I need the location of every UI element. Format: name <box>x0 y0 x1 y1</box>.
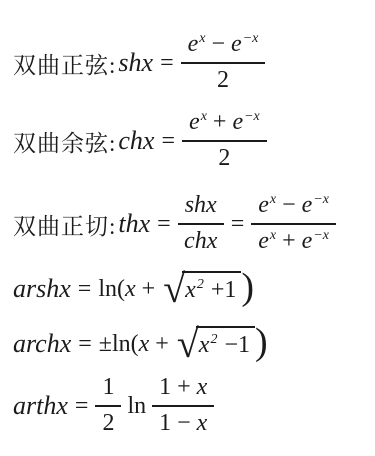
e-symbol: e <box>231 31 242 57</box>
formula-tanh: 双曲正切:thx = shx chx = ex−e−x ex+e−x <box>13 191 371 257</box>
numerator: 1 <box>95 374 121 405</box>
exponent: −x <box>313 192 329 207</box>
denominator: chx <box>178 223 224 256</box>
equals-sign: = <box>160 50 174 77</box>
minus-operator: − <box>211 31 225 57</box>
exponent: −x <box>244 109 260 124</box>
exponent: 2 <box>197 277 204 292</box>
equals-sign: = <box>157 211 171 238</box>
x-symbol: x <box>197 410 208 436</box>
exponent: x <box>270 228 276 243</box>
fraction-sinh: ex−e−x 2 <box>181 31 266 94</box>
square-root: √ x2+1 <box>163 271 241 307</box>
arcosh-symbol: archx <box>13 329 71 359</box>
x-symbol: x <box>125 276 136 303</box>
equals-sign: = <box>78 331 92 358</box>
numerator: shx <box>178 192 224 223</box>
e-symbol: e <box>302 228 313 254</box>
formula-arsinh: arshx = ln( x + √ x2+1 ) <box>13 264 371 314</box>
e-symbol: e <box>302 192 313 218</box>
exponent: 2 <box>210 332 217 347</box>
denominator: 2 <box>182 140 267 173</box>
exponent: −x <box>313 228 329 243</box>
e-symbol: e <box>232 109 243 135</box>
plus-one: +1 <box>211 277 237 303</box>
x-symbol: x <box>199 332 210 358</box>
ln-open-paren: ln( <box>112 331 139 358</box>
minus-operator: − <box>282 192 296 218</box>
fraction-exponential: ex−e−x ex+e−x <box>251 192 336 255</box>
plus-minus-sign: ± <box>99 331 112 358</box>
label-tanh: 双曲正切: <box>13 208 116 241</box>
square-root: √ x2−1 <box>177 326 255 362</box>
equals-sign: = <box>231 211 245 238</box>
arsinh-symbol: arshx <box>13 274 71 304</box>
formula-arcosh: archx = ± ln( x + √ x2−1 ) <box>13 319 371 369</box>
denominator: ex+e−x <box>251 223 336 256</box>
plus-operator: + <box>213 109 227 135</box>
fraction-one-half: 1 2 <box>95 374 121 437</box>
plus-operator: + <box>155 331 169 358</box>
numerator: ex−e−x <box>251 192 336 223</box>
tanh-symbol: thx <box>118 209 150 239</box>
denominator: 2 <box>181 62 266 95</box>
artanh-symbol: arthx <box>13 391 68 421</box>
minus-one: −1 <box>224 332 250 358</box>
x-symbol: x <box>139 331 150 358</box>
ln-symbol: ln <box>127 393 146 420</box>
formula-cosh: 双曲余弦:chx = ex+e−x 2 <box>13 108 371 174</box>
formula-artanh: arthx = 1 2 ln 1+x 1−x <box>13 375 371 437</box>
equals-sign: = <box>75 393 89 420</box>
minus-operator: − <box>177 410 191 436</box>
e-symbol: e <box>258 192 269 218</box>
e-symbol: e <box>189 109 200 135</box>
label-sinh: 双曲正弦: <box>13 47 116 80</box>
radicand: x2+1 <box>182 271 241 305</box>
plus-operator: + <box>142 276 156 303</box>
fraction-ratio: 1+x 1−x <box>152 374 214 437</box>
close-paren: ) <box>255 323 268 361</box>
numerator: ex−e−x <box>181 31 266 62</box>
denominator: 2 <box>95 405 121 438</box>
numerator: ex+e−x <box>182 109 267 140</box>
exponent: x <box>270 192 276 207</box>
formula-sinh: 双曲正弦:shx = ex−e−x 2 <box>13 30 371 96</box>
plus-operator: + <box>177 374 191 400</box>
formula-sheet: 双曲正弦:shx = ex−e−x 2 双曲余弦:chx = ex+e−x 2 … <box>0 0 375 456</box>
one: 1 <box>159 374 171 400</box>
x-symbol: x <box>185 277 196 303</box>
equals-sign: = <box>161 128 175 155</box>
close-paren: ) <box>241 268 254 306</box>
e-symbol: e <box>188 31 199 57</box>
x-symbol: x <box>197 374 208 400</box>
e-symbol: e <box>258 228 269 254</box>
cosh-symbol: chx <box>118 126 154 156</box>
plus-operator: + <box>282 228 296 254</box>
exponent: x <box>199 31 205 46</box>
numerator: 1+x <box>152 374 214 405</box>
radicand: x2−1 <box>196 326 255 360</box>
one: 1 <box>159 410 171 436</box>
ln-open-paren: ln( <box>98 276 125 303</box>
exponent: −x <box>243 31 259 46</box>
equals-sign: = <box>78 276 92 303</box>
denominator: 1−x <box>152 405 214 438</box>
label-cosh: 双曲余弦: <box>13 125 116 158</box>
fraction-cosh: ex+e−x 2 <box>182 109 267 172</box>
exponent: x <box>201 109 207 124</box>
fraction-shx-chx: shx chx <box>178 192 224 255</box>
sinh-symbol: shx <box>118 48 153 78</box>
